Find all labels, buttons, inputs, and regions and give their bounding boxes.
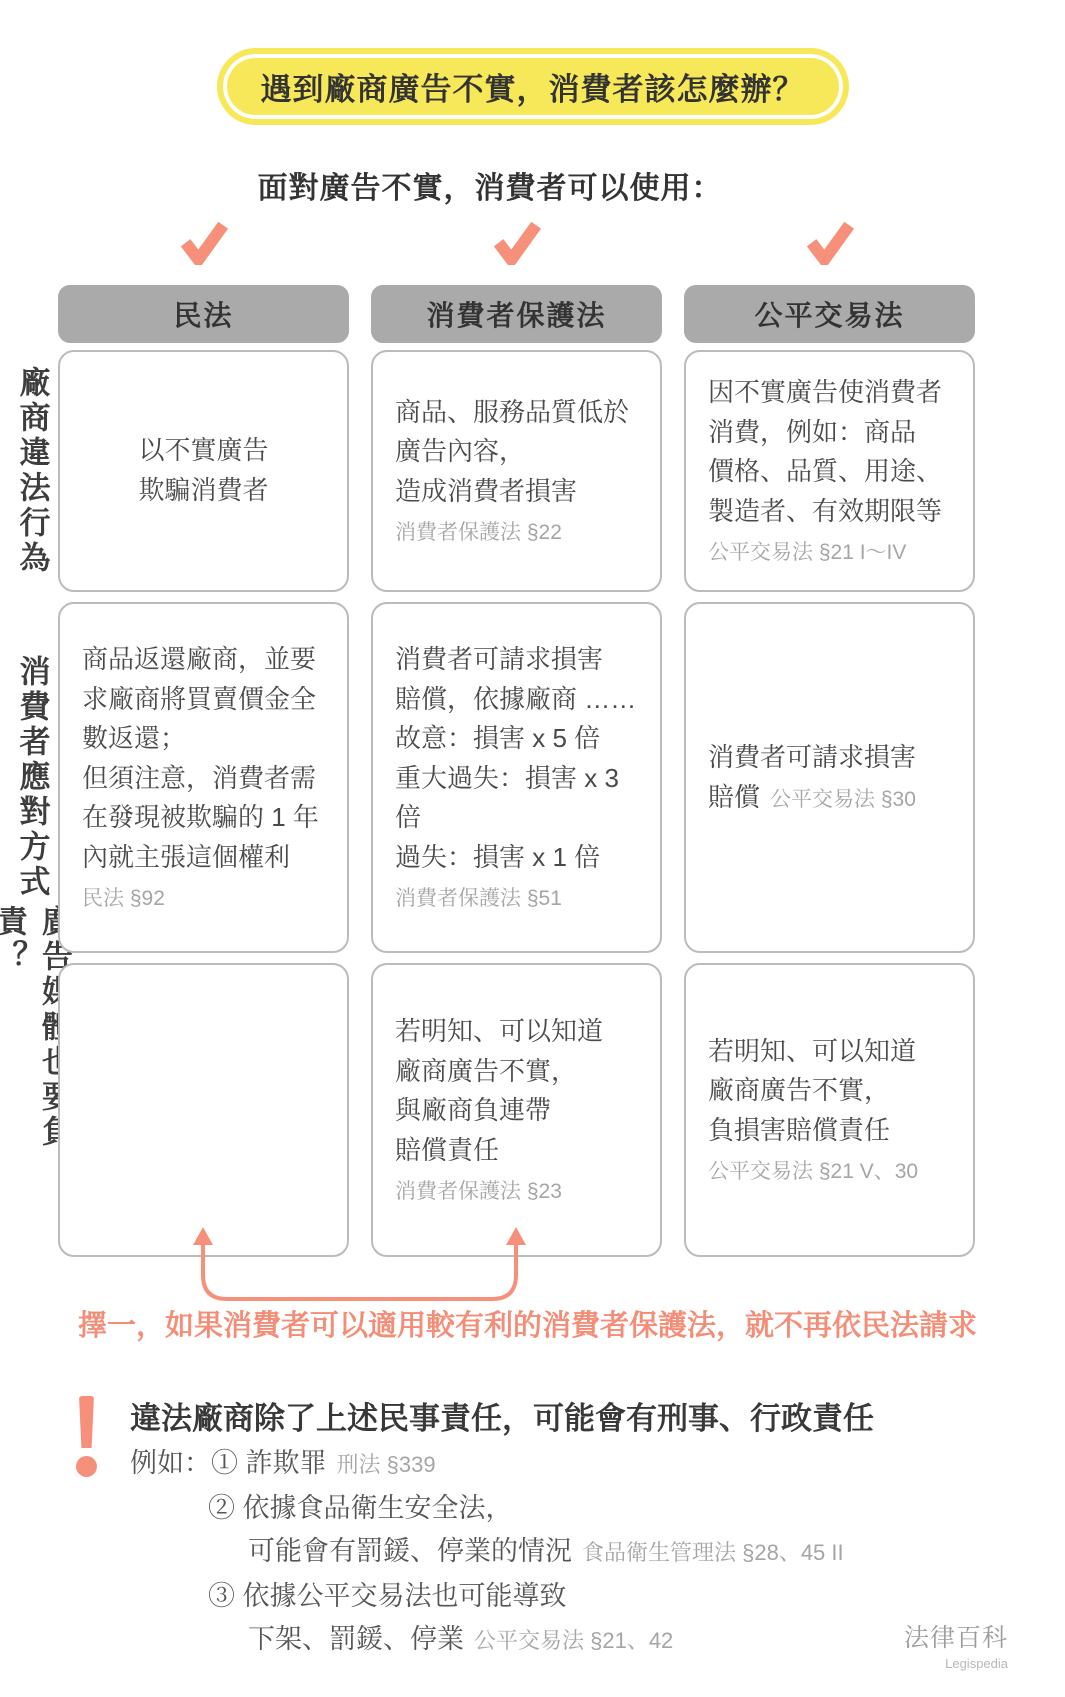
cell-text: 商品返還廠商，並要 求廠商將買賣價金全 數返還； 但須注意，消費者需 在發現被欺… (82, 640, 325, 877)
page-title: 遇到廠商廣告不實，消費者該怎麼辦？ (261, 72, 805, 107)
warning-item-text: ③ 依據公平交易法也可能導致 (208, 1581, 567, 1611)
law-citation: 食品衛生管理法 §28、45 II (582, 1540, 844, 1565)
law-citation: 消費者保護法 §51 (395, 883, 638, 915)
law-citation: 公平交易法 §21、42 (474, 1628, 673, 1653)
check-icon (493, 219, 541, 265)
warning-heading: 違法廠商除了上述民事責任，可能會有刑事、行政責任 (130, 1393, 874, 1438)
cell-cpl-illegal-act: 商品、服務品質低於 廣告內容， 造成消費者損害 消費者保護法 §22 (371, 350, 662, 592)
exclamation-icon (79, 1396, 94, 1448)
cell-ftl-media: 若明知、可以知道 廠商廣告不實， 負損害賠償責任 公平交易法 §21 V、30 (684, 963, 975, 1257)
cell-text: 商品、服務品質低於 廣告內容， 造成消費者損害 (395, 393, 638, 512)
cell-cpl-response: 消費者可請求損害 賠償，依據廠商 …… 故意：損害 x 5 倍 重大過失：損害 … (371, 602, 662, 953)
law-citation: 消費者保護法 §23 (395, 1176, 638, 1208)
row-label-vendor-illegal-act: 廠商違法行為 (10, 350, 54, 592)
cell-civil-law-media-empty (58, 963, 349, 1257)
law-citation: 民法 §92 (82, 883, 325, 915)
row-label-media-liability: 廣告媒體也要負責？ (10, 905, 54, 1205)
brand-logo: 法律百科 Legispedia (904, 1618, 1008, 1671)
double-up-arrow-connector (180, 1225, 540, 1315)
column-header-civil-law: 民法 (58, 285, 349, 343)
warning-item-text: 下架、罰鍰、停業 (248, 1624, 464, 1654)
infographic-page: 遇到廠商廣告不實，消費者該怎麼辦？ 面對廣告不實，消費者可以使用： 民法 消費者… (0, 0, 1065, 1697)
warning-item-text: ② 依據食品衛生安全法， (208, 1493, 513, 1523)
warning-item: 下架、罰鍰、停業公平交易法 §21、42 (248, 1624, 844, 1656)
law-citation: 消費者保護法 §22 (395, 517, 638, 549)
warning-item: 例如：① 詐欺罪刑法 §339 (130, 1448, 844, 1480)
check-icon (180, 219, 228, 265)
cell-text: 消費者可請求損害 賠償，依據廠商 …… 故意：損害 x 5 倍 重大過失：損害 … (395, 640, 638, 877)
warning-item-text: 例如：① 詐欺罪 (130, 1448, 327, 1478)
column-header-fair-trade-law: 公平交易法 (684, 285, 975, 343)
row-label-consumer-response: 消費者應對方式 (10, 602, 54, 953)
subtitle: 面對廣告不實，消費者可以使用： (0, 163, 980, 207)
warning-item: ③ 依據公平交易法也可能導致 (208, 1581, 844, 1611)
brand-subname: Legispedia (904, 1656, 1008, 1671)
cell-text-with-inline-cite: 消費者可請求損害 賠償公平交易法 §30 (708, 738, 951, 817)
cell-cpl-media: 若明知、可以知道 廠商廣告不實， 與廠商負連帶 賠償責任 消費者保護法 §23 (371, 963, 662, 1257)
brand-name: 法律百科 (904, 1618, 1008, 1654)
cell-ftl-response: 消費者可請求損害 賠償公平交易法 §30 (684, 602, 975, 953)
warning-item: ② 依據食品衛生安全法， (208, 1493, 844, 1523)
check-icon (806, 219, 854, 265)
warning-notes: 例如：① 詐欺罪刑法 §339 ② 依據食品衛生安全法， 可能會有罰鍰、停業的情… (130, 1448, 844, 1669)
cell-ftl-illegal-act: 因不實廣告使消費者 消費，例如：商品 價格、品質、用途、 製造者、有效期限等 公… (684, 350, 975, 592)
cell-text: 因不實廣告使消費者 消費，例如：商品 價格、品質、用途、 製造者、有效期限等 (708, 373, 951, 531)
cell-civil-law-illegal-act: 以不實廣告 欺騙消費者 (58, 350, 349, 592)
law-citation: 公平交易法 §30 (770, 788, 916, 811)
choose-one-note: 擇一，如果消費者可以適用較有利的消費者保護法，就不再依民法請求 (78, 1303, 1038, 1344)
warning-item-text: 可能會有罰鍰、停業的情況 (248, 1536, 572, 1566)
cell-text: 若明知、可以知道 廠商廣告不實， 與廠商負連帶 賠償責任 (395, 1012, 638, 1170)
exclamation-dot-icon (76, 1456, 97, 1477)
column-header-consumer-protection-law: 消費者保護法 (371, 285, 662, 343)
law-citation: 公平交易法 §21 V、30 (708, 1156, 951, 1188)
warning-item: 可能會有罰鍰、停業的情況食品衛生管理法 §28、45 II (248, 1536, 844, 1568)
law-citation: 刑法 §339 (337, 1452, 436, 1477)
title-banner: 遇到廠商廣告不實，消費者該怎麼辦？ (217, 48, 849, 125)
cell-text: 以不實廣告 欺騙消費者 (138, 431, 268, 510)
cell-civil-law-response: 商品返還廠商，並要 求廠商將買賣價金全 數返還； 但須注意，消費者需 在發現被欺… (58, 602, 349, 953)
law-citation: 公平交易法 §21 I～IV (708, 537, 951, 569)
cell-text: 若明知、可以知道 廠商廣告不實， 負損害賠償責任 (708, 1032, 951, 1151)
